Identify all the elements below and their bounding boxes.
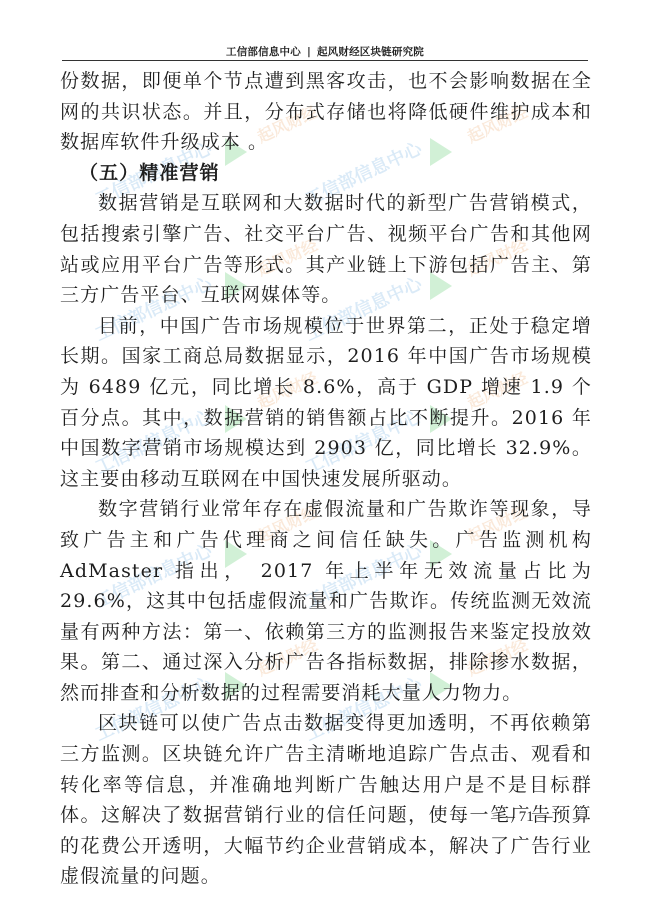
header-right-org: 起风财经区块链研究院	[317, 46, 424, 58]
running-header: 工信部信息中心|起风财经区块链研究院	[62, 44, 588, 60]
header-rule	[62, 60, 588, 61]
page-number: — 71 —	[500, 807, 553, 827]
section-heading: （五）精准营销	[60, 158, 592, 189]
paragraph: 数据营销是互联网和大数据时代的新型广告营销模式，包括搜索引擎广告、社交平台广告、…	[60, 188, 592, 310]
paragraph: 区块链可以使广告点击数据变得更加透明，不再依赖第三方监测。区块链允许广告主清晰地…	[60, 708, 592, 892]
document-body: 份数据，即便单个节点遭到黑客攻击，也不会影响数据在全网的共识状态。并且，分布式存…	[60, 66, 592, 892]
paragraph: 数字营销行业常年存在虚假流量和广告欺诈等现象，导致广告主和广告代理商之间信任缺失…	[60, 494, 592, 708]
paragraph: 目前，中国广告市场规模位于世界第二，正处于稳定增长期。国家工商总局数据显示，20…	[60, 311, 592, 495]
header-separator: |	[307, 46, 311, 58]
header-left-org: 工信部信息中心	[226, 46, 301, 58]
paragraph-continuation: 份数据，即便单个节点遭到黑客攻击，也不会影响数据在全网的共识状态。并且，分布式存…	[60, 66, 592, 158]
